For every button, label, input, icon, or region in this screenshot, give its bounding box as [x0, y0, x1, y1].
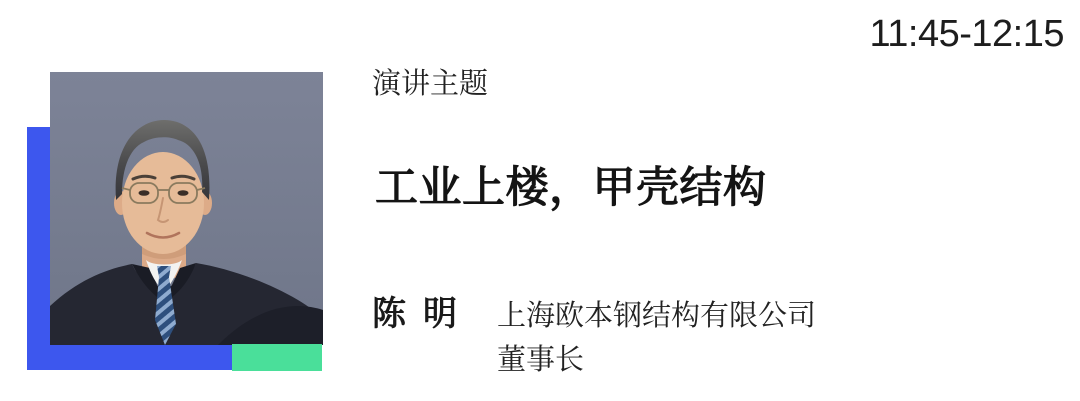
session-time: 11:45-12:15 — [869, 12, 1064, 56]
topic-label: 演讲主题 — [372, 64, 488, 104]
speaker-name: 陈 明 — [372, 292, 457, 336]
speaker-role: 董事长 — [497, 338, 816, 382]
speaker-portrait-illustration — [50, 72, 323, 345]
speaker-company: 上海欧本钢结构有限公司 — [497, 294, 816, 338]
speaker-org-block: 上海欧本钢结构有限公司 董事长 — [497, 294, 816, 382]
speaker-photo — [50, 72, 323, 345]
topic-title: 工业上楼，甲壳结构 — [375, 162, 767, 214]
green-accent-bar — [232, 344, 322, 371]
session-card: 11:45-12:15 — [0, 0, 1080, 401]
